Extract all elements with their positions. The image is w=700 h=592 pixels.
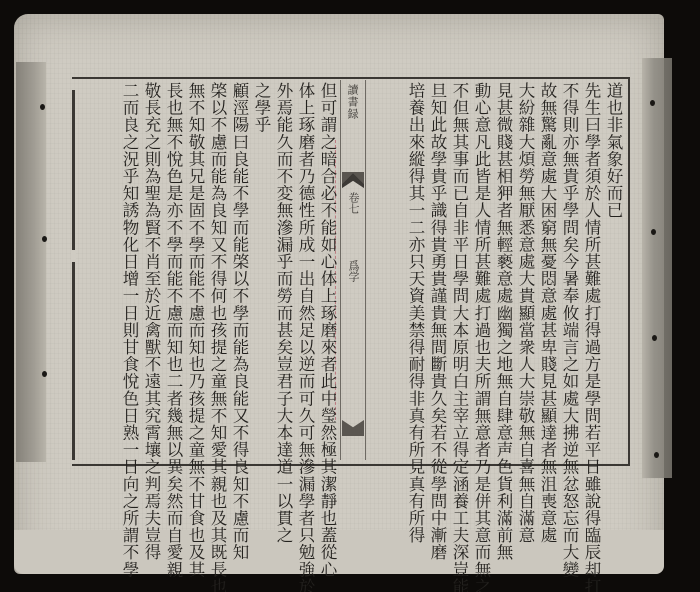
text-column: 体上琢磨者乃德性所成一出自然足以逆而可久可無滲漏學者只勉強於	[294, 82, 316, 454]
center-fold-column: 讀書録 卷七 爲学	[340, 80, 366, 460]
fish-tail-top-icon	[342, 172, 364, 188]
text-column: 棨以不慮而能為良知又不得何也孩提之童無不知愛其親也及其既長也	[206, 82, 228, 454]
text-column: 之學乎	[250, 82, 272, 454]
text-column: 不但無其事而已自非平日學問大本原明白主宰立得定涵養工夫深豈能一	[448, 82, 470, 454]
text-column: 不得則亦無貴乎學問矣今暑奉攸端言之如處大拂逆無忿怒忘而大變	[558, 82, 580, 454]
text-column: 道也非氣象好而已	[602, 82, 624, 454]
binding-hole	[651, 229, 656, 235]
fish-tail-bottom-icon	[342, 420, 364, 436]
text-column: 長也無不悅色是亦不學而能不慮而知也二者幾無以異矣然而自愛親	[162, 82, 184, 454]
binding-hole	[652, 335, 657, 341]
left-frame-rule	[72, 90, 75, 460]
fold-volume-label: 卷七	[345, 192, 361, 214]
right-binding-strip	[642, 58, 672, 478]
fold-section-label: 爲学	[345, 260, 361, 282]
text-column: 故無驚亂意處大困窮無憂悶意處甚卑賤見甚顯達者無沮喪意處	[536, 82, 558, 454]
binding-hole	[40, 104, 45, 110]
binding-hole	[654, 452, 659, 458]
text-column: 但可謂之暗合必不能如心体上琢磨來者此中瑩然極其潔靜也蓋從心	[316, 82, 338, 454]
text-column: 旦知此故學貴乎識得貴勇貴謹貴無間斷貴久矣若不從學問中漸磨	[426, 82, 448, 454]
text-column: 培養出來縱得其一二亦只天資美禁得耐得非真有所見真有所得	[404, 82, 426, 454]
binding-hole	[42, 371, 47, 377]
right-half-text: 道也非氣象好而已 先生曰學者須於人情所甚難處打得過方是學問若平日雖說得臨辰却打 …	[384, 82, 624, 454]
text-column: 二而良之況乎知誘物化日增一日則甘食悅色日熟一日向之所謂不學	[118, 82, 140, 454]
text-column: 大紛雜大煩勞無厭悉意處大貴顯當衆人大崇敬無自喜無自滿意	[514, 82, 536, 454]
text-column: 敬長充之則為聖為賢不肖至於近禽獸不遠其究霄壤之判焉夫豈得	[140, 82, 162, 454]
binding-hole	[42, 236, 47, 242]
text-column: 顧涇陽曰良能不學而能棨以不學而能為良能又不得良知不慮而知	[228, 82, 250, 454]
binding-hole	[650, 100, 655, 106]
fold-book-title: 讀書録	[344, 84, 360, 120]
text-column: 動心意凡此皆是人情所甚難處打過也夫所謂無意者乃是併其意而無之	[470, 82, 492, 454]
text-column: 外焉能久而不変無滲漏乎而勞而甚矣豈君子大本達道一以貫之	[272, 82, 294, 454]
left-half-text: 但可謂之暗合必不能如心体上琢磨來者此中瑩然極其潔靜也蓋從心 体上琢磨者乃德性所成…	[78, 82, 338, 454]
frame-rule-gap	[71, 250, 76, 262]
left-binding-strip	[16, 62, 46, 462]
text-column: 無不知敬其兄是固不學而能不慮而知也乃孩提之童無不甘食也及其	[184, 82, 206, 454]
text-column: 見甚微賤甚相狎者無輕褻意處幽獨之地無自肆意声色貨利滿前無	[492, 82, 514, 454]
text-column: 先生曰學者須於人情所甚難處打得過方是學問若平日雖說得臨辰却打	[580, 82, 602, 454]
